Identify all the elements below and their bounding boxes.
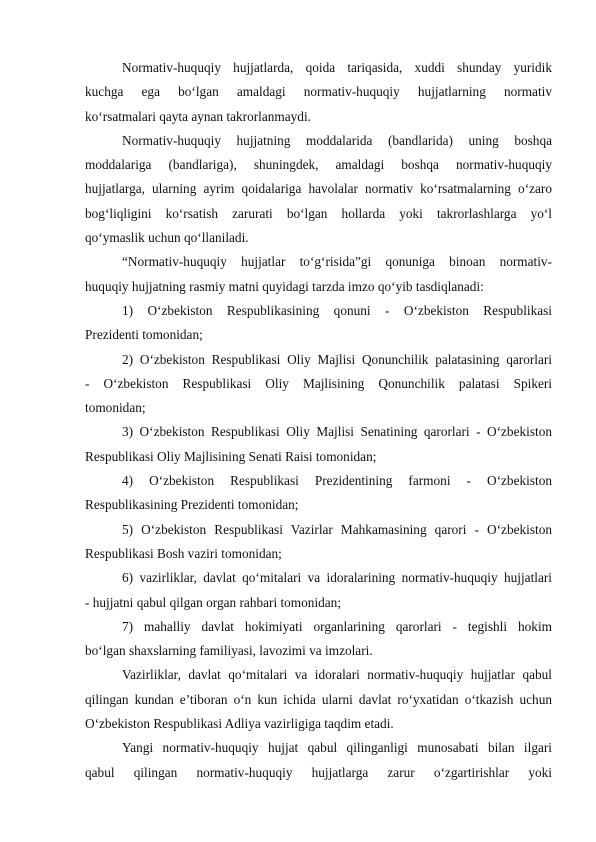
text-line: bog‘liqligini ko‘rsatish zarurati bo‘lga… <box>85 202 552 226</box>
paragraph: 7) mahalliy davlat hokimiyati organlarin… <box>85 615 552 664</box>
text-line: Respublikasining Prezidenti tomonidan; <box>85 493 552 517</box>
text-line: kuchga ega bo‘lgan amaldagi normativ-huq… <box>85 80 552 104</box>
paragraph: Normativ-huquqiy hujjatning moddalarida … <box>85 129 552 250</box>
text-line: 7) mahalliy davlat hokimiyati organlarin… <box>85 615 552 639</box>
paragraph: 4) O‘zbekiston Respublikasi Prezidentini… <box>85 469 552 518</box>
paragraph: Vazirliklar, davlat qo‘mitalari va idora… <box>85 663 552 736</box>
paragraph: Normativ-huquqiy hujjatlarda, qoida tari… <box>85 56 552 129</box>
paragraph: 1) O‘zbekiston Respublikasining qonuni -… <box>85 299 552 348</box>
document-body: Normativ-huquqiy hujjatlarda, qoida tari… <box>85 56 552 785</box>
text-line: Respublikasi Oliy Majlisining Senati Rai… <box>85 445 552 469</box>
text-line: Vazirliklar, davlat qo‘mitalari va idora… <box>85 663 552 687</box>
text-line: Normativ-huquqiy hujjatlarda, qoida tari… <box>85 56 552 80</box>
paragraph: 3) O‘zbekiston Respublikasi Oliy Majlisi… <box>85 420 552 469</box>
text-line: huquqiy hujjatning rasmiy matni quyidagi… <box>85 275 552 299</box>
text-line: 1) O‘zbekiston Respublikasining qonuni -… <box>85 299 552 323</box>
text-line: moddalariga (bandlariga), shuningdek, am… <box>85 153 552 177</box>
paragraph: 6) vazirliklar, davlat qo‘mitalari va id… <box>85 566 552 615</box>
text-line: 5) O‘zbekiston Respublikasi Vazirlar Mah… <box>85 518 552 542</box>
text-line: qo‘ymaslik uchun qo‘llaniladi. <box>85 226 552 250</box>
paragraph: 2) O‘zbekiston Respublikasi Oliy Majlisi… <box>85 348 552 421</box>
text-line: Prezidenti tomonidan; <box>85 323 552 347</box>
text-line: O‘zbekiston Respublikasi Adliya vazirlig… <box>85 712 552 736</box>
text-line: qabul qilingan normativ-huquqiy hujjatla… <box>85 761 552 785</box>
text-line: qilingan kundan e’tiboran o‘n kun ichida… <box>85 688 552 712</box>
paragraph: 5) O‘zbekiston Respublikasi Vazirlar Mah… <box>85 518 552 567</box>
text-line: tomonidan; <box>85 396 552 420</box>
text-line: Yangi normativ-huquqiy hujjat qabul qili… <box>85 736 552 760</box>
text-line: 4) O‘zbekiston Respublikasi Prezidentini… <box>85 469 552 493</box>
text-line: bo‘lgan shaxslarning familiyasi, lavozim… <box>85 639 552 663</box>
text-line: ko‘rsatmalari qayta aynan takrorlanmaydi… <box>85 105 552 129</box>
text-line: hujjatlarga, ularning ayrim qoidalariga … <box>85 177 552 201</box>
text-line: 3) O‘zbekiston Respublikasi Oliy Majlisi… <box>85 420 552 444</box>
text-line: 2) O‘zbekiston Respublikasi Oliy Majlisi… <box>85 348 552 372</box>
text-line: “Normativ-huquqiy hujjatlar to‘g‘risida”… <box>85 250 552 274</box>
text-line: Respublikasi Bosh vaziri tomonidan; <box>85 542 552 566</box>
text-line: - hujjatni qabul qilgan organ rahbari to… <box>85 591 552 615</box>
paragraph: Yangi normativ-huquqiy hujjat qabul qili… <box>85 736 552 785</box>
text-line: - O‘zbekiston Respublikasi Oliy Majlisin… <box>85 372 552 396</box>
paragraph: “Normativ-huquqiy hujjatlar to‘g‘risida”… <box>85 250 552 299</box>
document-page: Normativ-huquqiy hujjatlarda, qoida tari… <box>0 0 596 842</box>
text-line: 6) vazirliklar, davlat qo‘mitalari va id… <box>85 566 552 590</box>
text-line: Normativ-huquqiy hujjatning moddalarida … <box>85 129 552 153</box>
